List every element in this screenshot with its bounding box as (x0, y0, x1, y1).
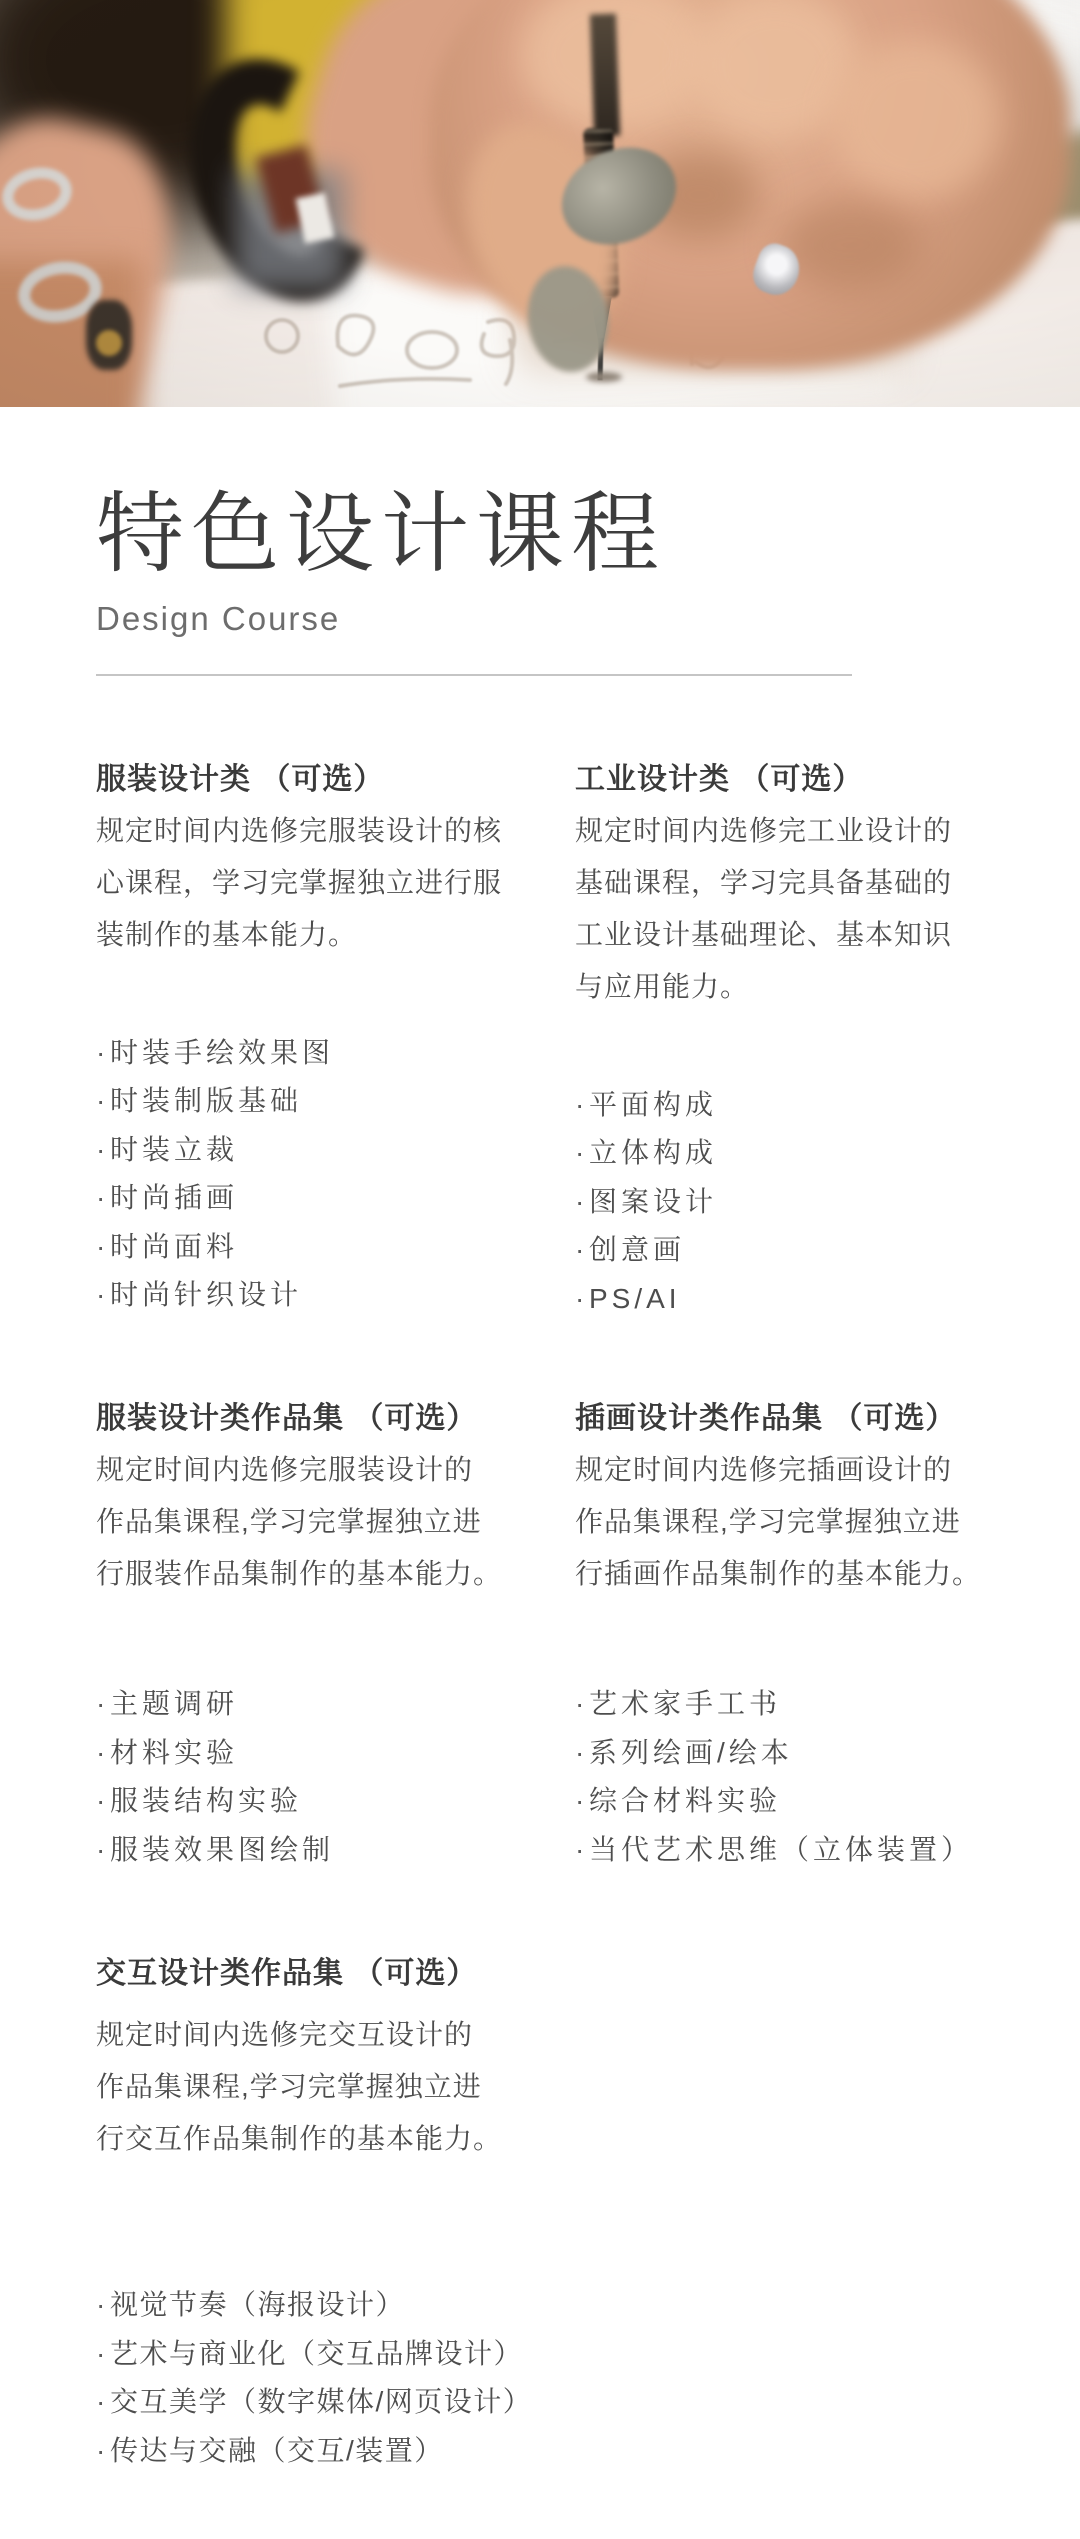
course-heading-industrial: 工业设计类 （可选） (575, 760, 990, 799)
course-heading-illustration-portfolio: 插画设计类作品集 （可选） (575, 1399, 990, 1438)
course-item-label: 服装结构实验 (110, 1785, 302, 1816)
course-list-item: ·视觉节奏（海报设计） (96, 2281, 990, 2330)
course-list-item: ·创意画 (575, 1226, 990, 1275)
bullet-icon: · (575, 1777, 589, 1826)
course-description-fashion: 规定时间内选修完服装设计的核心课程，学习完掌握独立进行服装制作的基本能力。 (96, 805, 575, 961)
bullet-icon: · (575, 1729, 589, 1778)
course-item-label: 立体构成 (589, 1137, 717, 1168)
course-description-fashion-portfolio: 规定时间内选修完服装设计的作品集课程,学习完掌握独立进行服装作品集制作的基本能力… (96, 1444, 575, 1600)
bullet-icon: · (575, 1129, 589, 1178)
course-list-item: ·时装手绘效果图 (96, 1029, 575, 1078)
course-item-label: 系列绘画/绘本 (589, 1737, 793, 1768)
course-list-item: ·图案设计 (575, 1178, 990, 1227)
bullet-icon: · (575, 1680, 589, 1729)
bullet-icon: · (96, 2378, 110, 2427)
course-item-label: 主题调研 (110, 1688, 238, 1719)
course-item-label: 服装效果图绘制 (110, 1834, 334, 1865)
course-row-interaction: 交互设计类作品集 （可选） 规定时间内选修完交互设计的作品集课程,学习完掌握独立… (96, 1954, 990, 2165)
course-list-fashion: ·时装手绘效果图·时装制版基础·时装立裁·时尚插画·时尚面料·时尚针织设计 (96, 1029, 575, 1320)
course-list-item: ·立体构成 (575, 1129, 990, 1178)
divider-line (96, 674, 852, 676)
course-column-interaction-portfolio: 交互设计类作品集 （可选） 规定时间内选修完交互设计的作品集课程,学习完掌握独立… (96, 1954, 575, 2165)
course-list-item: ·时尚插画 (96, 1174, 575, 1223)
course-list-fashion-portfolio: ·主题调研·材料实验·服装结构实验·服装效果图绘制 (96, 1680, 575, 1874)
course-list-item: ·交互美学（数字媒体/网页设计） (96, 2378, 990, 2427)
course-heading-interaction-portfolio: 交互设计类作品集 （可选） (96, 1954, 575, 1993)
page-title: 特色设计课程 (96, 490, 990, 578)
course-column-fashion-portfolio: 服装设计类作品集 （可选） 规定时间内选修完服装设计的作品集课程,学习完掌握独立… (96, 1399, 575, 1874)
course-item-label: 艺术家手工书 (589, 1688, 781, 1719)
course-list-interaction-portfolio: ·视觉节奏（海报设计）·艺术与商业化（交互品牌设计）·交互美学（数字媒体/网页设… (96, 2281, 990, 2475)
course-list-item: ·服装结构实验 (96, 1777, 575, 1826)
course-list-item: ·综合材料实验 (575, 1777, 990, 1826)
course-description-industrial: 规定时间内选修完工业设计的基础课程，学习完具备基础的工业设计基础理论、基本知识与… (575, 805, 990, 1013)
bullet-icon: · (96, 1729, 110, 1778)
bullet-icon: · (96, 1126, 110, 1175)
course-list-item: ·时尚针织设计 (96, 1271, 575, 1320)
course-item-label: 时尚针织设计 (110, 1279, 302, 1310)
course-list-item: ·传达与交融（交互/装置） (96, 2427, 990, 2476)
course-item-label: 综合材料实验 (589, 1785, 781, 1816)
photo-vignette (0, 0, 1080, 407)
course-item-label: 创意画 (589, 1234, 685, 1265)
course-item-label: 平面构成 (589, 1089, 717, 1120)
course-column-industrial: 工业设计类 （可选） 规定时间内选修完工业设计的基础课程，学习完具备基础的工业设… (575, 760, 990, 1324)
bullet-icon: · (96, 1826, 110, 1875)
course-heading-fashion: 服装设计类 （可选） (96, 760, 575, 799)
article-page: 特色设计课程 Design Course 服装设计类 （可选） 规定时间内选修完… (0, 0, 1080, 2539)
bullet-icon: · (96, 2330, 110, 2379)
hero-image[interactable] (0, 0, 1080, 407)
course-list-industrial: ·平面构成·立体构成·图案设计·创意画·PS/AI (575, 1081, 990, 1324)
bullet-icon: · (96, 1077, 110, 1126)
course-list-item: ·主题调研 (96, 1680, 575, 1729)
course-list-item: ·系列绘画/绘本 (575, 1729, 990, 1778)
bullet-icon: · (96, 1223, 110, 1272)
course-list-item: ·服装效果图绘制 (96, 1826, 575, 1875)
article-content: 特色设计课程 Design Course 服装设计类 （可选） 规定时间内选修完… (0, 490, 1080, 2475)
course-item-label: 交互美学（数字媒体/网页设计） (110, 2386, 532, 2417)
course-item-label: 图案设计 (589, 1186, 717, 1217)
course-list-illustration-portfolio: ·艺术家手工书·系列绘画/绘本·综合材料实验·当代艺术思维（立体装置） (575, 1680, 990, 1874)
course-item-label: 当代艺术思维（立体装置） (589, 1834, 973, 1865)
course-list-item: ·时装立裁 (96, 1126, 575, 1175)
bullet-icon: · (96, 1680, 110, 1729)
bullet-icon: · (575, 1826, 589, 1875)
course-item-label: 时装制版基础 (110, 1085, 302, 1116)
course-column-fashion: 服装设计类 （可选） 规定时间内选修完服装设计的核心课程，学习完掌握独立进行服装… (96, 760, 575, 1324)
course-list-item: ·当代艺术思维（立体装置） (575, 1826, 990, 1875)
bullet-icon: · (575, 1178, 589, 1227)
course-item-label: 艺术与商业化（交互品牌设计） (110, 2338, 523, 2369)
course-description-illustration-portfolio: 规定时间内选修完插画设计的作品集课程,学习完掌握独立进行插画作品集制作的基本能力… (575, 1444, 990, 1600)
course-row-electives: 服装设计类 （可选） 规定时间内选修完服装设计的核心课程，学习完掌握独立进行服装… (96, 760, 990, 1324)
bullet-icon: · (96, 2281, 110, 2330)
course-column-illustration-portfolio: 插画设计类作品集 （可选） 规定时间内选修完插画设计的作品集课程,学习完掌握独立… (575, 1399, 990, 1874)
bullet-icon: · (96, 1174, 110, 1223)
course-item-label: 时装手绘效果图 (110, 1037, 334, 1068)
course-item-label: 视觉节奏（海报设计） (110, 2289, 405, 2320)
bullet-icon: · (96, 1029, 110, 1078)
course-list-item: ·艺术家手工书 (575, 1680, 990, 1729)
course-list-item: ·时尚面料 (96, 1223, 575, 1272)
course-item-label: 材料实验 (110, 1737, 238, 1768)
course-list-item: ·艺术与商业化（交互品牌设计） (96, 2330, 990, 2379)
course-item-label: 时尚面料 (110, 1231, 238, 1262)
course-list-item: ·PS/AI (575, 1275, 990, 1324)
course-list-item: ·材料实验 (96, 1729, 575, 1778)
course-list-item: ·时装制版基础 (96, 1077, 575, 1126)
bullet-icon: · (96, 1271, 110, 1320)
course-list-item: ·平面构成 (575, 1081, 990, 1130)
page-subtitle: Design Course (96, 600, 990, 638)
bullet-icon: · (575, 1226, 589, 1275)
course-item-label: 时装立裁 (110, 1134, 238, 1165)
course-heading-fashion-portfolio: 服装设计类作品集 （可选） (96, 1399, 575, 1438)
course-row-portfolios: 服装设计类作品集 （可选） 规定时间内选修完服装设计的作品集课程,学习完掌握独立… (96, 1399, 990, 1874)
course-item-label: PS/AI (589, 1283, 681, 1314)
bullet-icon: · (575, 1275, 589, 1324)
course-item-label: 传达与交融（交互/装置） (110, 2435, 444, 2466)
bullet-icon: · (96, 2427, 110, 2476)
bullet-icon: · (575, 1081, 589, 1130)
course-description-interaction-portfolio: 规定时间内选修完交互设计的作品集课程,学习完掌握独立进行交互作品集制作的基本能力… (96, 2009, 575, 2165)
bullet-icon: · (96, 1777, 110, 1826)
course-item-label: 时尚插画 (110, 1182, 238, 1213)
